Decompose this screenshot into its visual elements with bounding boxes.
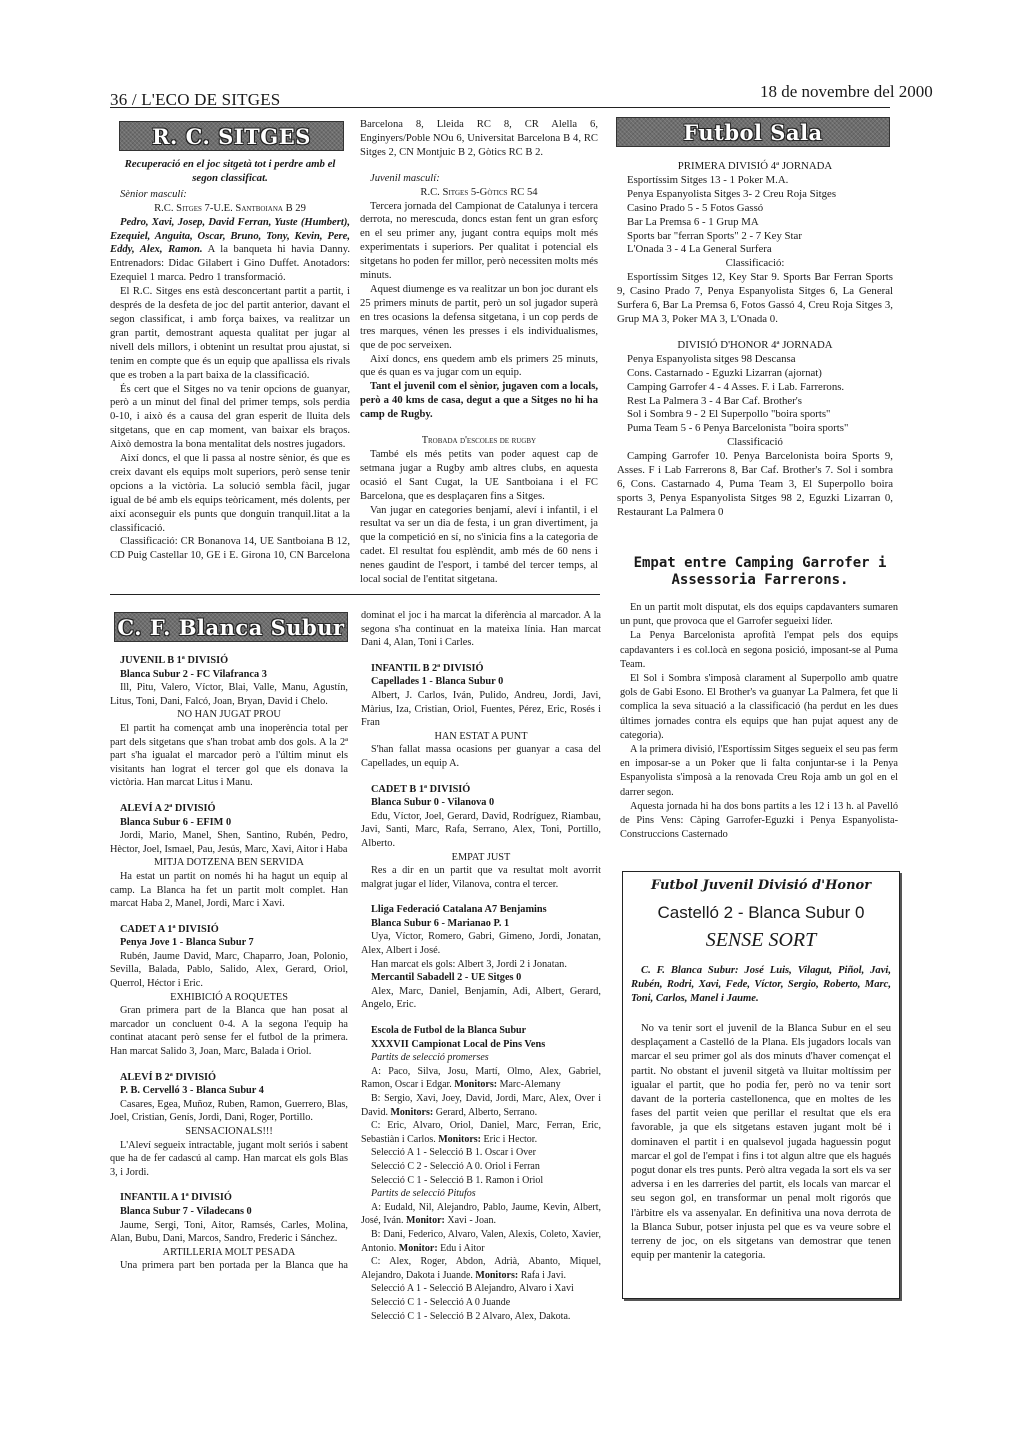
lineup: Ill, Pitu, Valero, Víctor, Blai, Valle, … <box>110 681 348 708</box>
result-row: Cons. Castarnado - Eguzki Lizarran (ajor… <box>627 367 893 381</box>
match-headline: EMPAT JUST <box>361 851 601 865</box>
blanca-banner-title: C. F. Blanca Subur <box>117 615 344 640</box>
match-score: Blanca Subur 6 - Marianao P. 1 <box>361 917 601 931</box>
selection-result: Selecció A 1 - Selecció B Alejandro, Alv… <box>361 1282 601 1296</box>
honor-classification: Camping Garrofer 10. Penya Barcelonista … <box>617 450 893 520</box>
honor-results-list: Penya Espanyolista sitges 98 Descansa Co… <box>617 353 893 436</box>
empat-article: En un partit molt disputat, els dos equi… <box>620 601 898 842</box>
senior-paragraph-1: El R.C. Sitges ens està desconcertant pa… <box>110 285 350 382</box>
juvenil-label: Juvenil masculí: <box>360 172 598 186</box>
blanca-col2: dominat el joc i ha marcat la diferència… <box>361 609 601 1323</box>
team-roster: B: Sergio, Xavi, Joey, David, Jordi, Mar… <box>361 1092 601 1119</box>
match-score: Capellades 1 - Blanca Subur 0 <box>361 675 601 689</box>
senior-paragraph-3: Així doncs, el que li passa al nostre sè… <box>110 452 350 535</box>
header-rule <box>110 107 890 108</box>
result-row: L'Onada 3 - 4 La General Surfera <box>627 243 893 257</box>
rugby-banner-title: R. C. SITGES <box>152 124 311 149</box>
section-divider <box>110 594 600 595</box>
result-row: Bar La Premsa 6 - 1 Grup MA <box>627 216 893 230</box>
escoles-paragraph-2: Van jugar en categories benjamí, aleví i… <box>360 504 598 587</box>
primera-title: PRIMERA DIVISIÓ 4ª JORNADA <box>617 160 893 174</box>
futsal-banner-title: Futbol Sala <box>683 120 822 145</box>
juvenil-paragraph-2: Aquest diumenge es va realitzar un bon j… <box>360 283 598 353</box>
match-report: Gran primera part de la Blanca que han p… <box>110 1004 348 1058</box>
primera-classification-label: Classificació: <box>617 257 893 271</box>
category-title: INFANTIL B 2ª DIVISIÓ <box>361 662 601 676</box>
juvenil-paragraph-3: Així doncs, ens quedem amb els primers 2… <box>360 353 598 381</box>
match-headline: MITJA DOTZENA BEN SERVIDA <box>110 856 348 870</box>
rugby-classification: Classificació: CR Bonanova 14, UE Santbo… <box>110 535 350 563</box>
result-row: Rest La Palmera 3 - 4 Bar Caf. Brother's <box>627 395 893 409</box>
lineup: Casares, Egea, Muñoz, Ruben, Ramon, Guer… <box>110 1098 348 1125</box>
promeses-label: Partits de selecció promerses <box>361 1051 601 1065</box>
escoles-title: Trobada d'escoles de rugby <box>360 434 598 448</box>
result-row: Puma Team 5 - 6 Penya Barcelonista "boir… <box>627 422 893 436</box>
futsal-banner: Futbol Sala <box>616 117 890 147</box>
category-title: CADET B 1ª DIVISIÓ <box>361 783 601 797</box>
selection-result: Selecció C 1 - Selecció B 2 Alvaro, Alex… <box>361 1310 601 1324</box>
escoles-paragraph-1: També els més petits van poder aquest ca… <box>360 448 598 504</box>
selection-result: Selecció C 1 - Selecció B 1. Ramon i Ori… <box>361 1174 601 1188</box>
team-roster: A: Eudald, Nil, Alejandro, Pablo, Jaume,… <box>361 1201 601 1228</box>
senior-score: R.C. Sitges 7-U.E. Santboiana B 29 <box>110 202 350 216</box>
category-title: ALEVÍ A 2ª DIVISIÓ <box>110 802 348 816</box>
match-score: Blanca Subur 6 - EFIM 0 <box>110 816 348 830</box>
selection-result: Selecció C 2 - Selecció A 0. Oriol i Fer… <box>361 1160 601 1174</box>
selection-result: Selecció A 1 - Selecció B 1. Oscar i Ove… <box>361 1146 601 1160</box>
rugby-subtitle: Recuperació en el joc sitgetà tot i perd… <box>110 158 350 186</box>
match-headline: HAN ESTAT A PUNT <box>361 730 601 744</box>
match-headline: ARTILLERIA MOLT PESADA <box>110 1246 348 1260</box>
match-headline: SENSACIONALS!!! <box>110 1125 348 1139</box>
team-roster: C: Alex, Roger, Abdon, Adrià, Abanto, Mi… <box>361 1255 601 1282</box>
match-report: L'Aleví segueix intractable, jugant molt… <box>110 1139 348 1180</box>
result-row: Sports bar "ferran Sports" 2 - 7 Key Sta… <box>627 230 893 244</box>
match-headline: EXHIBICIÓ A ROQUETES <box>110 991 348 1005</box>
empat-paragraph-5: Aquesta jornada hi ha dos bons partits a… <box>620 800 898 843</box>
report-continued: dominat el joc i ha marcat la diferència… <box>361 609 601 650</box>
category-title: INFANTIL A 1ª DIVISIÓ <box>110 1191 348 1205</box>
match-report: Ha estat un partit on només hi ha hagut … <box>110 870 348 911</box>
honor-classification-label: Classificació <box>617 436 893 450</box>
match-report: Una primera part ben portada per la Blan… <box>110 1259 348 1273</box>
team-roster: B: Dani, Federico, Alvaro, Valen, Alexis… <box>361 1228 601 1255</box>
box-body: No va tenir sort el juvenil de la Blanca… <box>631 1022 891 1263</box>
juvenil-box: Futbol Juvenil Divisió d'Honor Castelló … <box>622 871 900 1299</box>
result-row: Penya Espanyolista sitges 98 Descansa <box>627 353 893 367</box>
lineup: Rubén, Jaume David, Marc, Chaparro, Joan… <box>110 950 348 991</box>
primera-classification: Esportíssim Sitges 12, Key Star 9. Sport… <box>617 271 893 327</box>
selection-result: Selecció C 1 - Selecció A 0 Juande <box>361 1296 601 1310</box>
rugby-banner: R. C. SITGES <box>119 121 344 151</box>
result-row: Penya Espanyolista Sitges 3- 2 Creu Roja… <box>627 188 893 202</box>
category-title: JUVENIL B 1ª DIVISIÓ <box>110 654 348 668</box>
match-report: S'han fallat massa ocasions per guanyar … <box>361 743 601 770</box>
lineup: Alex, Marc, Daniel, Benjamín, Adi, Alber… <box>361 985 601 1012</box>
match-score: Penya Jove 1 - Blanca Subur 7 <box>110 936 348 950</box>
result-row: Esportíssim Sitges 13 - 1 Poker M.A. <box>627 174 893 188</box>
futsal-results: PRIMERA DIVISIÓ 4ª JORNADA Esportíssim S… <box>617 160 893 520</box>
lineup: Jaume, Sergi, Toni, Aitor, Ramsés, Carle… <box>110 1219 348 1246</box>
match-score: Mercantil Sabadell 2 - UE Sitges 0 <box>361 971 601 985</box>
lineup: Jordi, Mario, Manel, Shen, Santino, Rubé… <box>110 829 348 856</box>
juvenil-paragraph-4: Tant el juvenil com el sènior, jugaven c… <box>360 380 598 422</box>
box-score: Castelló 2 - Blanca Subur 0 <box>623 903 899 923</box>
category-title: CADET A 1ª DIVISIÓ <box>110 923 348 937</box>
classification-continued: Barcelona 8, Lleida RC 8, CR Alella 6, E… <box>360 118 598 160</box>
lineup: Albert, J. Carlos, Iván, Pulido, Andreu,… <box>361 689 601 730</box>
blanca-col1: JUVENIL B 1ª DIVISIÓ Blanca Subur 2 - FC… <box>110 654 348 1273</box>
result-row: Camping Garrofer 4 - 4 Asses. F. i Lab. … <box>627 381 893 395</box>
primera-results-list: Esportíssim Sitges 13 - 1 Poker M.A. Pen… <box>617 174 893 257</box>
result-row: Sol i Sombra 9 - 2 El Superpollo "boira … <box>627 408 893 422</box>
escola-title: Escola de Futbol de la Blanca Subur <box>361 1024 601 1038</box>
box-lineup: C. F. Blanca Subur: José Luis, Vilagut, … <box>631 964 891 1006</box>
match-score: Blanca Subur 2 - FC Vilafranca 3 <box>110 668 348 682</box>
senior-lineup: Pedro, Xavi, Josep, David Ferran, Yuste … <box>110 216 350 286</box>
match-report: El partit ha començat amb una inoperènci… <box>110 722 348 790</box>
result-row: Casino Prado 5 - 5 Fotos Gassó <box>627 202 893 216</box>
empat-paragraph-1: En un partit molt disputat, els dos equi… <box>620 601 898 629</box>
match-score: Blanca Subur 7 - Viladecans 0 <box>110 1205 348 1219</box>
match-headline: NO HAN JUGAT PROU <box>110 708 348 722</box>
category-title: ALEVÍ B 2ª DIVISIÓ <box>110 1071 348 1085</box>
empat-headline: Empat entre Camping Garrofer i Assessori… <box>622 555 898 589</box>
juvenil-paragraph-1: Tercera jornada del Campionat de Catalun… <box>360 200 598 283</box>
empat-paragraph-4: A la primera divisió, l'Esportíssim Sitg… <box>620 743 898 800</box>
match-score: Blanca Subur 0 - Vilanova 0 <box>361 796 601 810</box>
rugby-article-col2: Barcelona 8, Lleida RC 8, CR Alella 6, E… <box>360 118 598 587</box>
senior-label: Sènior masculí: <box>110 188 350 202</box>
issue-date: 18 de novembre del 2000 <box>760 82 933 102</box>
honor-title: DIVISIÓ D'HONOR 4ª JORNADA <box>617 339 893 353</box>
goals: Han marcat els gols: Albert 3, Jordi 2 i… <box>361 958 601 972</box>
blanca-banner: C. F. Blanca Subur <box>114 612 348 642</box>
box-kicker: Futbol Juvenil Divisió d'Honor <box>623 878 899 893</box>
team-roster: C: Eric, Alvaro, Oriol, Daniel, Marc, Fe… <box>361 1119 601 1146</box>
lineup: Uya, Víctor, Romero, Gabri, Gimeno, Jord… <box>361 930 601 957</box>
pitufos-label: Partits de selecció Pitufos <box>361 1187 601 1201</box>
empat-paragraph-3: El Sol i Sombra s'imposà clarament al Su… <box>620 672 898 743</box>
rugby-article-col1: Recuperació en el joc sitgetà tot i perd… <box>110 158 350 563</box>
team-roster: A: Paco, Silva, Josu, Martí, Olmo, Alex,… <box>361 1065 601 1092</box>
lineup: Edu, Víctor, Joel, Gerard, David, Rodríg… <box>361 810 601 851</box>
box-headline: SENSE SORT <box>623 929 899 952</box>
match-score: P. B. Cervelló 3 - Blanca Subur 4 <box>110 1084 348 1098</box>
juvenil-score: R.C. Sitges 5-Gòtics RC 54 <box>360 186 598 200</box>
empat-paragraph-2: La Penya Barcelonista aprofità l'empat p… <box>620 629 898 672</box>
benjamins-title: Lliga Federació Catalana A7 Benjamins <box>361 903 601 917</box>
senior-paragraph-2: És cert que el Sitges no va tenir opcion… <box>110 383 350 453</box>
campionat-title: XXXVII Campionat Local de Pins Vens <box>361 1038 601 1052</box>
match-report: Res a dir en un partit que va resultat m… <box>361 864 601 891</box>
